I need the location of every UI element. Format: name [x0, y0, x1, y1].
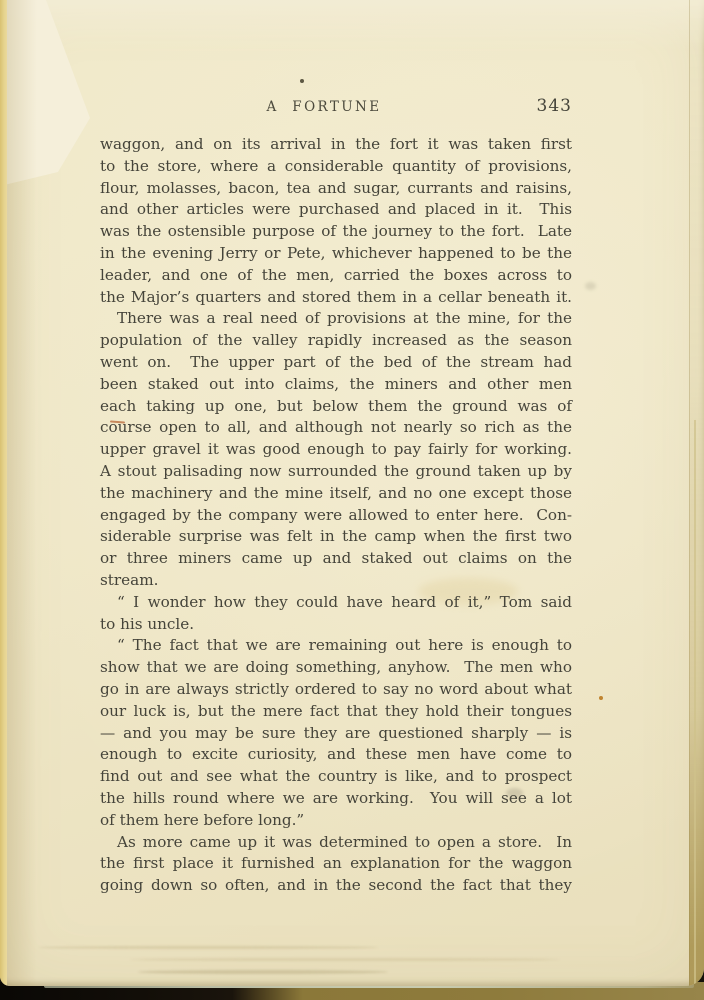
text-line: siderable surprise was felt in the camp …	[100, 526, 572, 548]
text-line: find out and see what the country is lik…	[100, 766, 572, 788]
text-line: going down so often, and in the second t…	[100, 875, 572, 897]
page-top-shading	[0, 0, 704, 50]
text-line: leader, and one of the men, carried the …	[100, 265, 572, 287]
text-line: engaged by the company were allowed to e…	[100, 505, 572, 527]
text-line: upper gravel it was good enough to pay f…	[100, 439, 572, 461]
text-line: show that we are doing something, anyhow…	[100, 657, 572, 679]
text-block: waggon, and on its arrival in the fort i…	[100, 134, 572, 897]
page-curl-streak	[130, 958, 560, 961]
text-line: There was a real need of provisions at t…	[100, 308, 572, 330]
text-line: the Major’s quarters and stored them in …	[100, 287, 572, 309]
text-line: went on. The upper part of the bed of th…	[100, 352, 572, 374]
page-curl-streak	[38, 946, 378, 949]
ink-speck	[300, 79, 304, 83]
page-gutter-shadow	[7, 0, 37, 986]
text-line: the machinery and the mine itself, and n…	[100, 483, 572, 505]
text-line: “ I wonder how they could have heard of …	[100, 592, 572, 614]
text-line: As more came up it was determined to ope…	[100, 832, 572, 854]
text-line: and other articles were purchased and pl…	[100, 199, 572, 221]
ink-speck	[599, 696, 603, 700]
cover-edge-right	[689, 0, 704, 986]
text-line: the hills round where we are working. Yo…	[100, 788, 572, 810]
book-scan: A FORTUNE 343 waggon, and on its arrival…	[0, 0, 704, 1000]
text-line: stream.	[100, 570, 572, 592]
text-line: “ The fact that we are remaining out her…	[100, 635, 572, 657]
text-line: population of the valley rapidly increas…	[100, 330, 572, 352]
book-page: A FORTUNE 343 waggon, and on its arrival…	[0, 0, 704, 986]
text-line: our luck is, but the mere fact that they…	[100, 701, 572, 723]
page-gutter-strip	[0, 0, 7, 986]
smudge-mark	[585, 282, 596, 290]
text-line: was the ostensible purpose of the journe…	[100, 221, 572, 243]
text-line: go in are always strictly ordered to say…	[100, 679, 572, 701]
text-line: course open to all, and although not nea…	[100, 417, 572, 439]
text-line: or three miners came up and staked out c…	[100, 548, 572, 570]
text-line: of them here before long.”	[100, 810, 572, 832]
text-line: to the store, where a considerable quant…	[100, 156, 572, 178]
text-line: to his uncle.	[100, 614, 572, 636]
page-curl-streak	[138, 970, 388, 974]
text-line: the first place it furnished an explanat…	[100, 853, 572, 875]
text-line: — and you may be sure they are questione…	[100, 723, 572, 745]
page-edge-line	[694, 420, 696, 986]
text-line: flour, molasses, bacon, tea and sugar, c…	[100, 178, 572, 200]
text-line: waggon, and on its arrival in the fort i…	[100, 134, 572, 156]
text-line: A stout palisading now surrounded the gr…	[100, 461, 572, 483]
text-line: in the evening Jerry or Pete, whichever …	[100, 243, 572, 265]
text-line: been staked out into claims, the miners …	[100, 374, 572, 396]
text-line: enough to excite curiosity, and these me…	[100, 744, 572, 766]
chapter-title: A FORTUNE	[88, 99, 560, 115]
text-line: each taking up one, but below them the g…	[100, 396, 572, 418]
page-number: 343	[537, 96, 572, 116]
running-header: A FORTUNE 343	[100, 99, 572, 117]
